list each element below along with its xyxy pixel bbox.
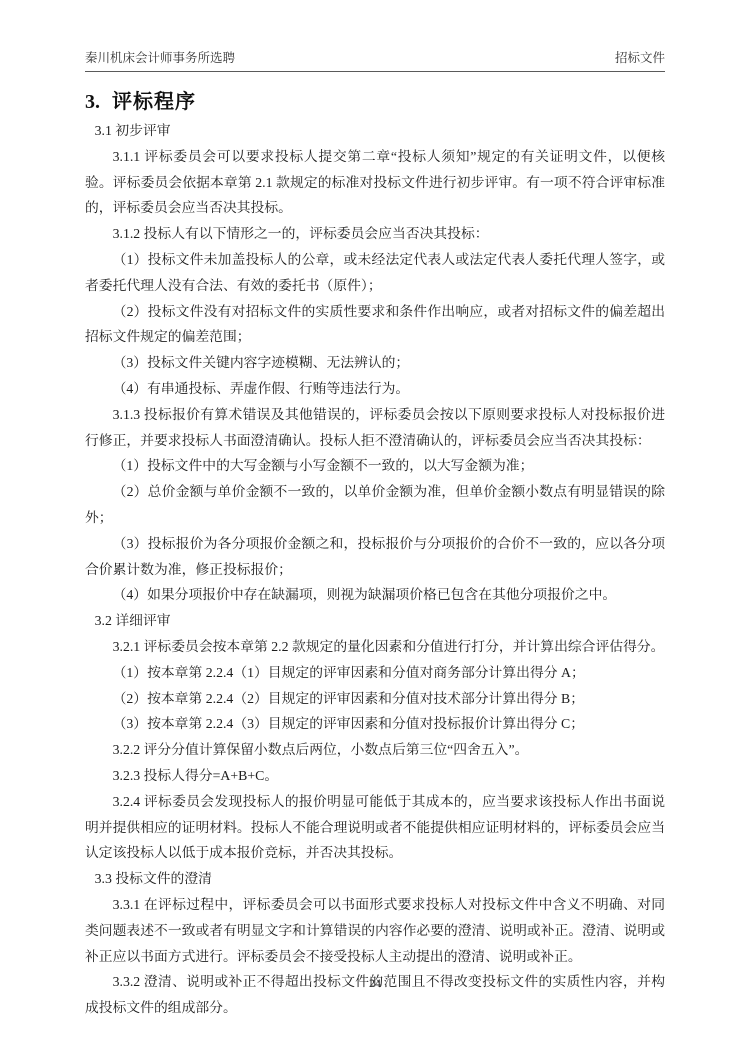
list-item: （3）投标报价为各分项报价金额之和，投标报价与分项报价的合价不一致的，应以各分项…	[85, 531, 665, 583]
page-title-text: 评标程序	[112, 91, 196, 113]
header-right-text: 招标文件	[615, 48, 665, 66]
list-item: （1）按本章第 2.2.4（1）目规定的评审因素和分值对商务部分计算出得分 A；	[85, 660, 665, 686]
list-item: （3）按本章第 2.2.4（3）目规定的评审因素和分值对投标报价计算出得分 C；	[85, 711, 665, 737]
paragraph: 3.2.1 评标委员会按本章第 2.2 款规定的量化因素和分值进行打分，并计算出…	[85, 634, 665, 660]
section-heading: 3.3 投标文件的澄清	[85, 866, 665, 892]
header-left-text: 秦川机床会计师事务所选聘	[85, 48, 235, 66]
list-item: （1）投标文件未加盖投标人的公章，或未经法定代表人或法定代表人委托代理人签字，或…	[85, 247, 665, 299]
running-header: 秦川机床会计师事务所选聘 招标文件	[85, 48, 665, 72]
page-number: 24	[0, 976, 750, 991]
paragraph: 3.3.1 在评标过程中，评标委员会可以书面形式要求投标人对投标文件中含义不明确…	[85, 892, 665, 969]
list-item: （2）投标文件没有对招标文件的实质性要求和条件作出响应，或者对招标文件的偏差超出…	[85, 299, 665, 351]
paragraph: 3.1.3 投标报价有算术错误及其他错误的，评标委员会按以下原则要求投标人对投标…	[85, 402, 665, 454]
list-item: （2）按本章第 2.2.4（2）目规定的评审因素和分值对技术部分计算出得分 B；	[85, 686, 665, 712]
list-item: （4）如果分项报价中存在缺漏项，则视为缺漏项价格已包含在其他分项报价之中。	[85, 582, 665, 608]
document-page: 秦川机床会计师事务所选聘 招标文件 3.评标程序 3.1 初步评审 3.1.1 …	[0, 0, 750, 1060]
paragraph: 3.2.3 投标人得分=A+B+C。	[85, 763, 665, 789]
paragraph: 3.2.4 评标委员会发现投标人的报价明显可能低于其成本的，应当要求该投标人作出…	[85, 789, 665, 866]
section-heading: 3.2 详细评审	[85, 608, 665, 634]
paragraph: 3.1.2 投标人有以下情形之一的，评标委员会应当否决其投标：	[85, 221, 665, 247]
section-heading: 3.1 初步评审	[85, 118, 665, 144]
document-body: 3.1 初步评审 3.1.1 评标委员会可以要求投标人提交第二章“投标人须知”规…	[85, 118, 665, 1021]
list-item: （2）总价金额与单价金额不一致的，以单价金额为准，但单价金额小数点有明显错误的除…	[85, 479, 665, 531]
list-item: （4）有串通投标、弄虚作假、行贿等违法行为。	[85, 376, 665, 402]
list-item: （3）投标文件关键内容字迹模糊、无法辨认的；	[85, 350, 665, 376]
paragraph: 3.1.1 评标委员会可以要求投标人提交第二章“投标人须知”规定的有关证明文件，…	[85, 144, 665, 221]
page-title-number: 3.	[85, 91, 100, 113]
page-title: 3.评标程序	[85, 85, 665, 114]
paragraph: 3.2.2 评分分值计算保留小数点后两位，小数点后第三位“四舍五入”。	[85, 737, 665, 763]
list-item: （1）投标文件中的大写金额与小写金额不一致的，以大写金额为准；	[85, 453, 665, 479]
